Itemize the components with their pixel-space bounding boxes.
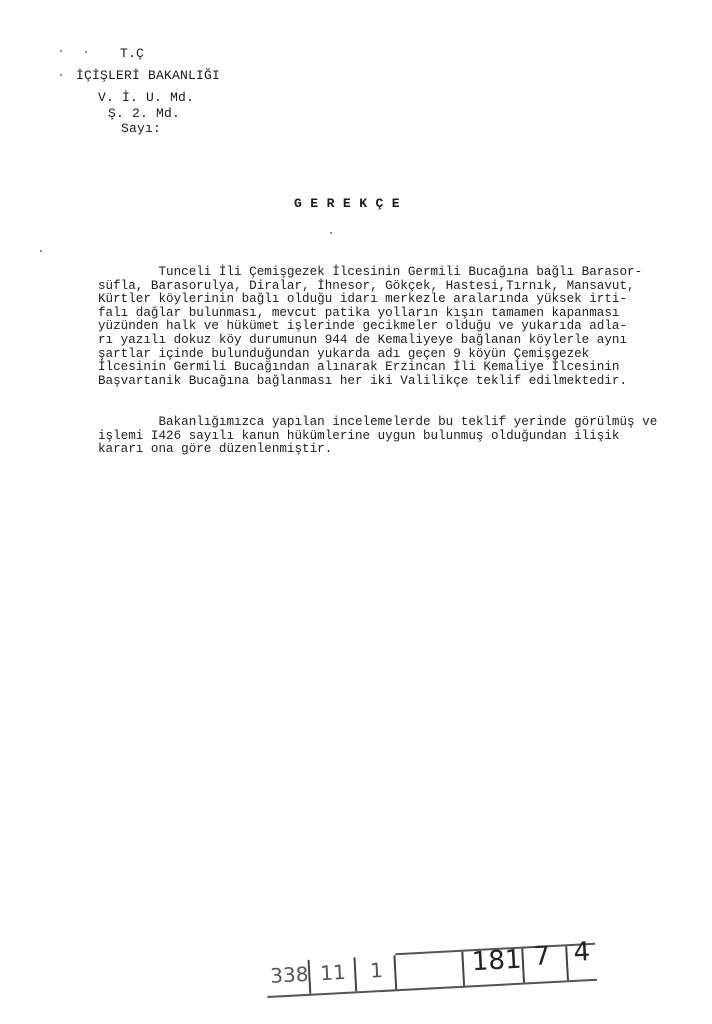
document-page: T.Ç İÇİŞLERİ BAKANLIĞI V. İ. U. Md. Ş. 2… [0,0,712,1024]
document-title: GEREKÇE [294,196,408,211]
stamp-cell: 181 [471,945,522,978]
speck [85,51,87,53]
header-department: V. İ. U. Md. [98,90,194,105]
text-line: Bakanlığımızca yapılan incelemelerde bu … [98,416,657,430]
text-line: süfla, Barasorulya, Diralar, İhnesor, Gö… [98,280,635,294]
stamp-cell: 338 [270,962,309,988]
text-line: kararı ona göre düzenlenmiştir. [98,443,332,457]
stamp-cell: 4 [573,937,591,968]
header-tc: T.Ç [120,46,144,61]
header-branch: Ş. 2. Md. [108,106,180,121]
text-line: Kürtler köylerinin bağlı olduğu idarı me… [98,293,627,307]
speck [330,232,332,234]
text-line: falı dağlar bulunması, mevcut patika yol… [98,307,619,321]
header-number-label: Sayı: [121,121,161,136]
stamp-bottom-line [267,979,597,998]
text-line: Başvartanik Bucağına bağlanması her iki … [98,375,627,389]
speck [60,74,62,76]
stamp-cell: 7 [533,941,551,972]
archive-stamp: 338 11 1 181 7 4 [265,932,608,1008]
speck [60,50,62,52]
header-ministry: İÇİŞLERİ BAKANLIĞI [76,68,220,83]
text-line: rı yazılı dokuz köy durumunun 944 de Kem… [98,334,627,348]
stamp-cell: 11 [320,960,347,985]
text-line: İlcesinin Germili Bucağından alınarak Er… [98,361,619,375]
text-line: yüzünden halk ve hükümet işlerinde gecik… [98,320,627,334]
stamp-cell: 1 [370,958,384,983]
text-line: işlemi I426 sayılı kanun hükümlerine uyg… [98,430,619,444]
text-line: Tunceli İli Çemişgezek İlcesinin Germili… [98,266,642,280]
speck [40,250,42,252]
